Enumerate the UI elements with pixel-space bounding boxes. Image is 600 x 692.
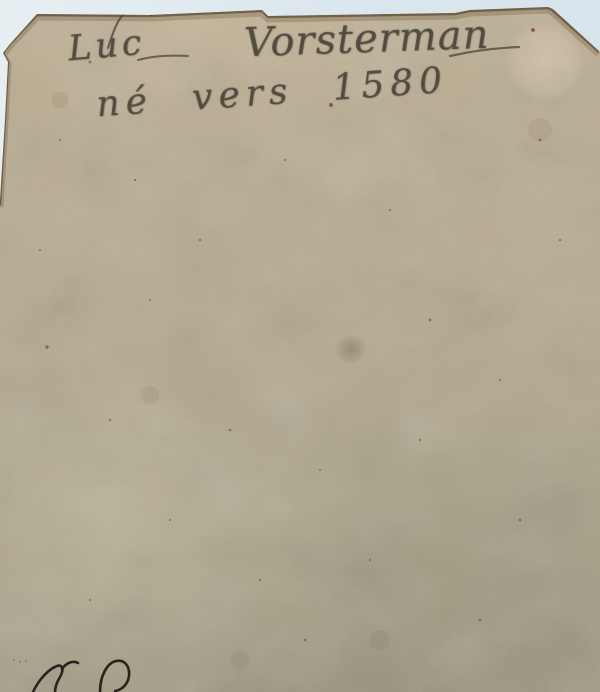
pencil-inscription-name-last: Vorsterman [243, 12, 490, 67]
photo-backdrop: Luc Vorsterman né vers 1580 [0, 0, 600, 692]
pencil-inscription-name-first: Luc [66, 23, 147, 70]
